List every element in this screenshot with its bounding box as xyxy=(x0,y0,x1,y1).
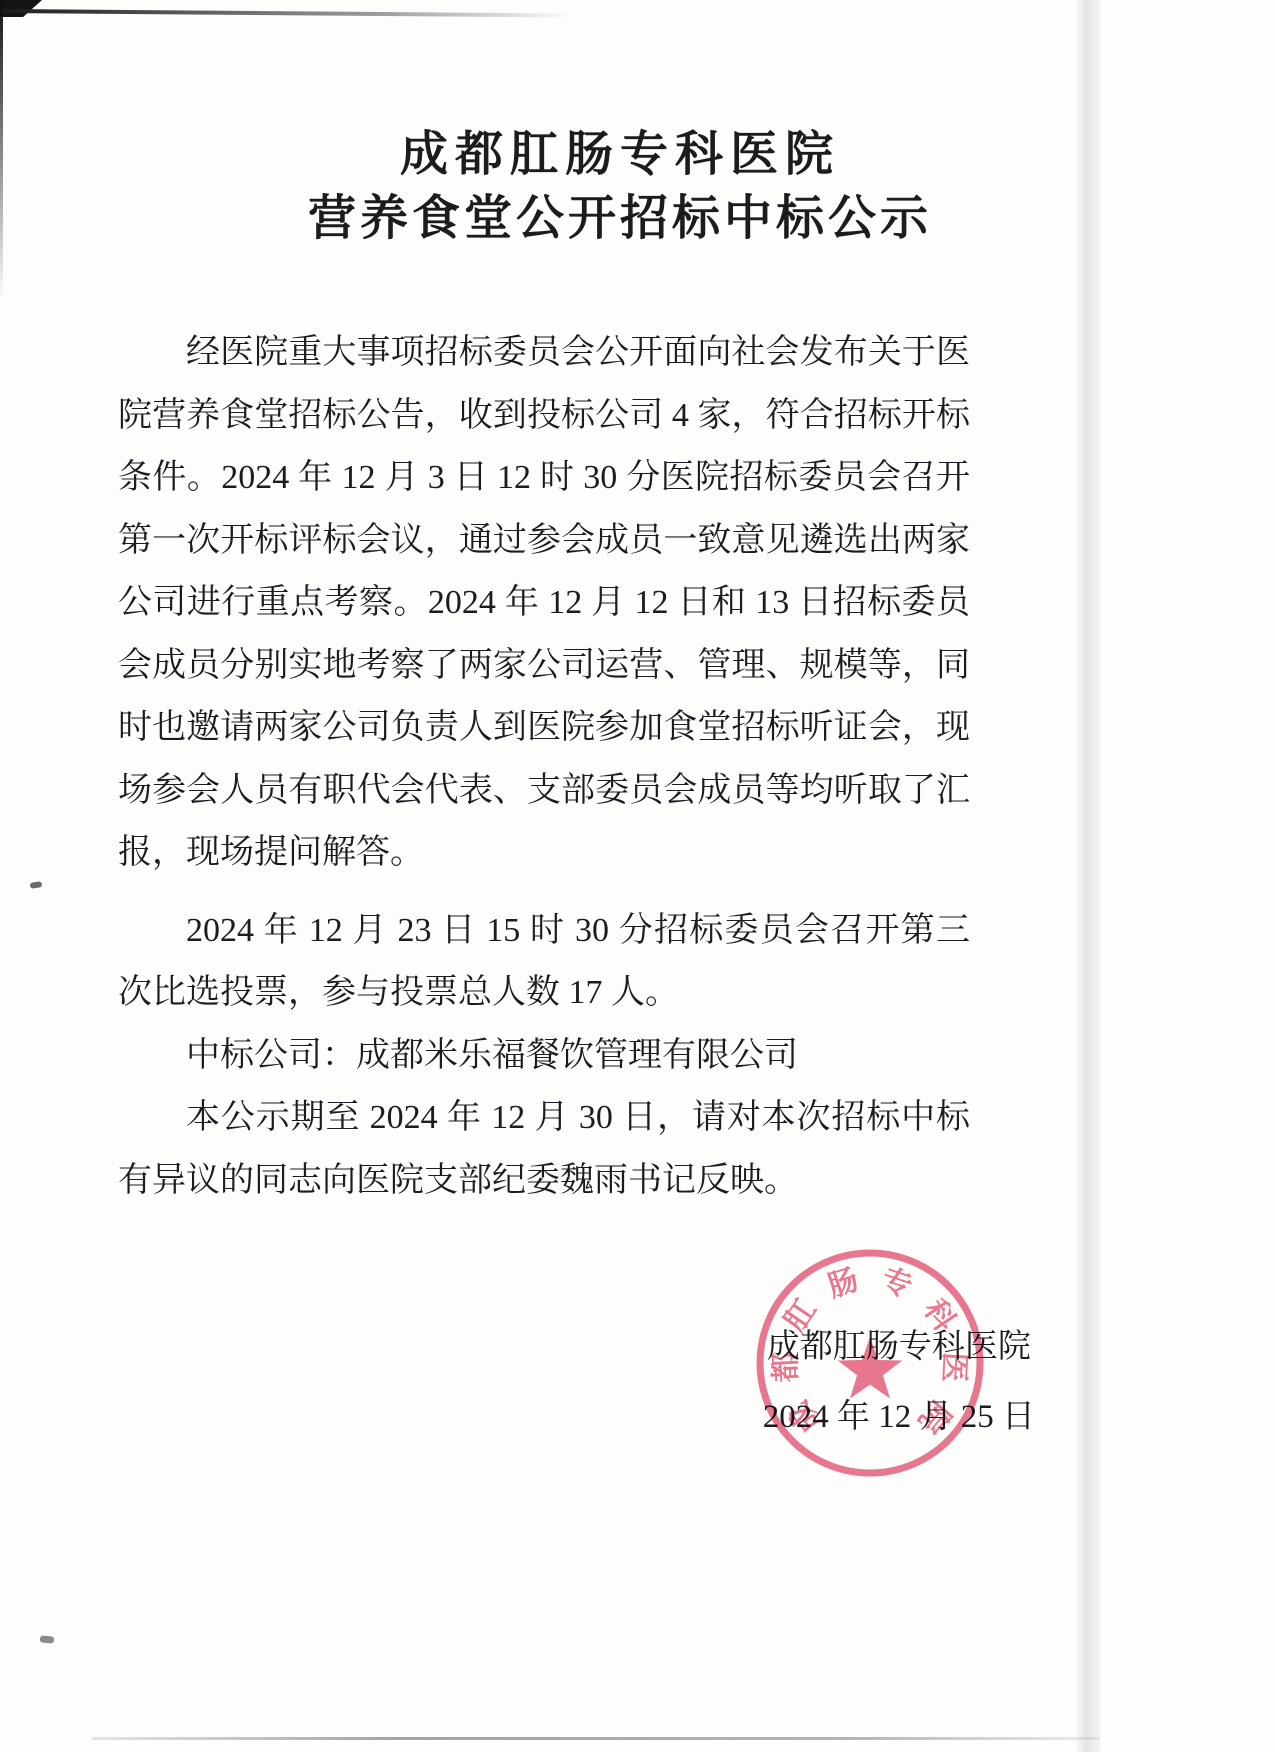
stamp-star-icon xyxy=(838,1337,903,1399)
document-title-line1: 成都肛肠专科医院 xyxy=(0,0,1240,186)
paragraph-4-publicity-period: 本公示期至 2024 年 12 月 30 日，请对本次招标中标有异议的同志向医院… xyxy=(118,1087,970,1212)
paragraph-3-winning-company: 中标公司：成都米乐福餐饮管理有限公司 xyxy=(118,1025,970,1088)
scan-artifact-speck xyxy=(30,881,43,889)
document-body: 经医院重大事项招标委员会公开面向社会发布关于医院营养食堂招标公告，收到投标公司 … xyxy=(118,322,970,1212)
document-title-line2: 营养食堂公开招标中标公示 xyxy=(0,188,1240,250)
paragraph-1: 经医院重大事项招标委员会公开面向社会发布关于医院营养食堂招标公告，收到投标公司 … xyxy=(118,322,970,885)
official-seal-stamp: 成 都 肛 肠 专 科 医 院 xyxy=(750,1243,990,1483)
stamp-char: 院 xyxy=(912,1395,957,1439)
stamp-char: 成 xyxy=(783,1395,828,1439)
scan-artifact-bottom-line xyxy=(92,1737,1100,1740)
scan-artifact-speck xyxy=(40,1635,55,1643)
stamp-char: 都 xyxy=(769,1351,804,1384)
stamp-char: 肠 xyxy=(824,1263,863,1304)
stamp-char: 医 xyxy=(937,1351,971,1383)
scanned-document-page: 成都肛肠专科医院 营养食堂公开招标中标公示 经医院重大事项招标委员会公开面向社会… xyxy=(0,0,1275,1752)
stamp-char: 科 xyxy=(917,1293,962,1337)
scan-artifact-right-shadow-band xyxy=(1076,0,1100,1752)
stamp-char: 肛 xyxy=(779,1294,823,1337)
scan-artifact-left-edge xyxy=(0,0,3,300)
paragraph-2: 2024 年 12 月 23 日 15 时 30 分招标委员会召开第三次比选投票… xyxy=(118,900,970,1025)
stamp-char: 专 xyxy=(877,1262,916,1304)
